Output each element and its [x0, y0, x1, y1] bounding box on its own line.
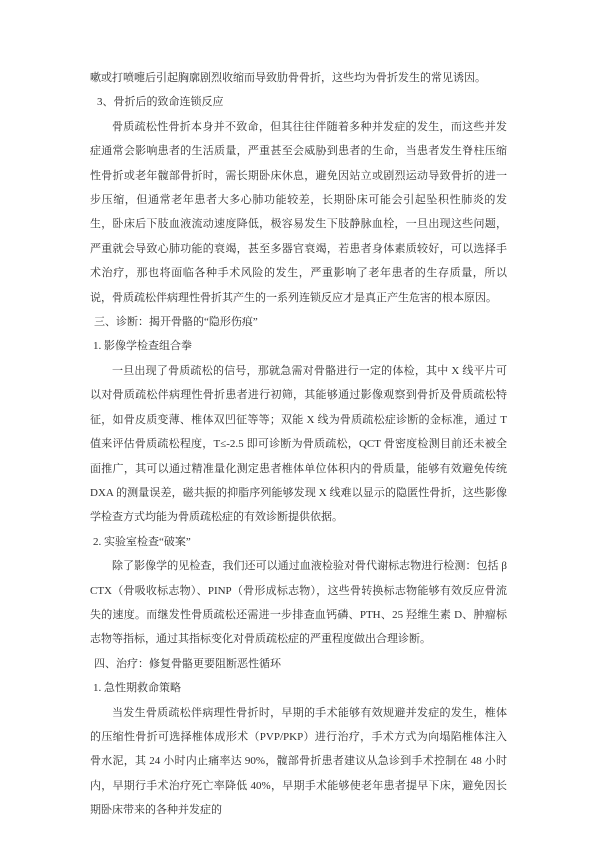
- paragraph-imaging-exams: 一旦出现了骨质疏松的信号，那就急需对骨骼进行一定的体检，其中 X 线平片可以对骨…: [90, 359, 507, 530]
- paragraph-continuation: 嗽或打喷嚏后引起胸廓剧烈收缩而导致肋骨骨折，这些均为骨折发生的常见诱因。: [90, 66, 507, 90]
- heading-laboratory-exams: 2. 实验室检查“破案”: [90, 530, 507, 554]
- paragraph-complications: 骨质疏松性骨折本身并不致命，但其往往伴随着多种并发症的发生，而这些并发症通常会影…: [90, 115, 507, 310]
- heading-section-treatment: 四、治疗：修复骨骼更要阻断恶性循环: [90, 652, 507, 676]
- heading-imaging-exams: 1. 影像学检查组合拳: [90, 334, 507, 358]
- document-page: 嗽或打喷嚏后引起胸廓剧烈收缩而导致肋骨骨折，这些均为骨折发生的常见诱因。 3、骨…: [0, 0, 595, 841]
- heading-section-diagnosis: 三、诊断：揭开骨骼的“隐形伤痕”: [90, 310, 507, 334]
- paragraph-acute-phase-strategy: 当发生骨质疏松伴病理性骨折时，早期的手术能够有效规避并发症的发生，椎体的压缩性骨…: [90, 701, 507, 823]
- heading-acute-phase-strategy: 1. 急性期救命策略: [90, 676, 507, 700]
- paragraph-laboratory-exams: 除了影像学的见检查，我们还可以通过血液检验对骨代谢标志物进行检测：包括 β CT…: [90, 554, 507, 652]
- document-content: 嗽或打喷嚏后引起胸廓剧烈收缩而导致肋骨骨折，这些均为骨折发生的常见诱因。 3、骨…: [90, 66, 507, 823]
- heading-fracture-chain-reaction: 3、骨折后的致命连锁反应: [90, 90, 507, 114]
